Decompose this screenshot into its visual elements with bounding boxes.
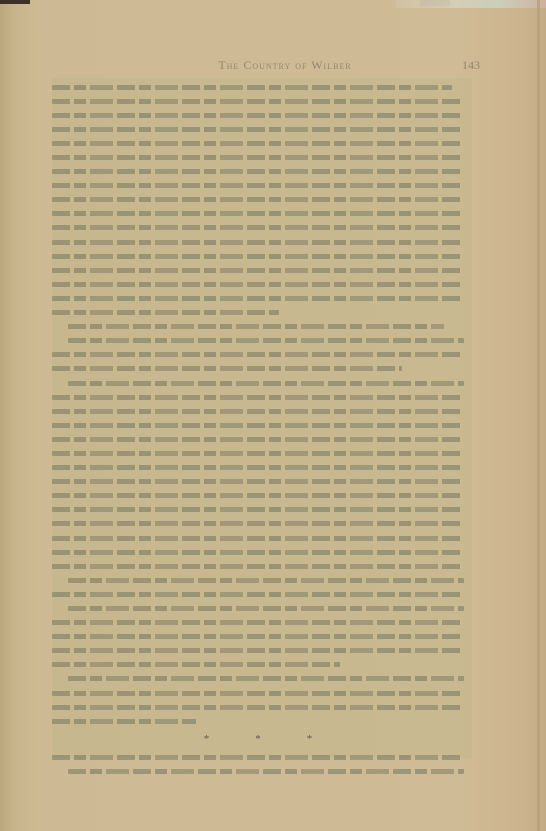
illegible-text	[52, 451, 464, 456]
text-line	[52, 320, 464, 334]
illegible-text	[52, 479, 464, 484]
text-line	[52, 150, 464, 164]
text-line	[52, 764, 464, 778]
illegible-text	[52, 592, 464, 597]
illegible-text	[52, 493, 464, 498]
text-line	[52, 545, 464, 559]
text-line	[52, 630, 464, 644]
text-line	[52, 193, 464, 207]
illegible-text	[68, 676, 464, 681]
scan-top-edge-strip	[396, 0, 546, 8]
illegible-text	[52, 705, 464, 710]
text-line	[52, 390, 464, 404]
text-line	[52, 475, 464, 489]
illegible-text	[52, 254, 464, 259]
text-line	[52, 404, 464, 418]
illegible-text	[52, 99, 464, 104]
text-line	[52, 517, 464, 531]
text-line	[52, 616, 464, 630]
text-line	[52, 658, 464, 672]
illegible-text	[52, 366, 402, 371]
text-line	[52, 263, 464, 277]
text-line	[52, 277, 464, 291]
illegible-text	[52, 719, 196, 724]
illegible-text	[52, 755, 464, 760]
page-header: The Country of Wilber 143	[120, 58, 480, 76]
running-head: The Country of Wilber	[170, 58, 400, 73]
illegible-text	[52, 113, 464, 118]
text-line	[52, 235, 464, 249]
text-line	[52, 362, 464, 376]
illegible-text	[52, 141, 464, 146]
illegible-text	[52, 536, 464, 541]
text-line	[52, 136, 464, 150]
illegible-text	[52, 634, 464, 639]
illegible-text	[68, 606, 464, 611]
text-line	[52, 531, 464, 545]
text-line	[52, 80, 464, 94]
illegible-text	[52, 85, 452, 90]
illegible-text	[52, 225, 464, 230]
text-line	[52, 122, 464, 136]
illegible-text	[52, 465, 464, 470]
text-line	[52, 432, 464, 446]
text-line	[52, 503, 464, 517]
scanned-page: The Country of Wilber 143 ***	[0, 0, 546, 831]
illegible-text	[52, 550, 464, 555]
text-line	[52, 700, 464, 714]
text-line	[52, 94, 464, 108]
illegible-text	[52, 409, 464, 414]
illegible-text	[52, 310, 279, 315]
page-number: 143	[462, 58, 480, 73]
illegible-text	[52, 282, 464, 287]
text-line	[52, 249, 464, 263]
illegible-text	[52, 395, 464, 400]
text-line	[52, 587, 464, 601]
illegible-text	[52, 127, 464, 132]
text-line	[52, 489, 464, 503]
illegible-text	[52, 662, 340, 667]
illegible-text	[68, 381, 464, 386]
text-line	[52, 750, 464, 764]
text-line	[52, 644, 464, 658]
illegible-text	[52, 564, 464, 569]
illegible-text	[52, 352, 464, 357]
illegible-text	[52, 268, 464, 273]
text-line	[52, 179, 464, 193]
asterism-mark: *	[204, 733, 210, 745]
text-line	[52, 446, 464, 460]
illegible-text	[68, 338, 464, 343]
illegible-text	[52, 437, 464, 442]
illegible-text	[52, 620, 464, 625]
text-line	[52, 461, 464, 475]
illegible-text	[52, 169, 464, 174]
text-line	[52, 714, 464, 728]
text-line	[52, 573, 464, 587]
text-line	[52, 559, 464, 573]
asterism-mark: *	[307, 733, 313, 745]
illegible-text	[52, 155, 464, 160]
text-line	[52, 686, 464, 700]
text-line	[52, 348, 464, 362]
text-line	[52, 108, 464, 122]
illegible-text	[52, 296, 464, 301]
text-line	[52, 376, 464, 390]
text-line	[52, 291, 464, 305]
illegible-text	[68, 578, 464, 583]
illegible-text	[52, 507, 464, 512]
illegible-text	[52, 211, 464, 216]
text-line	[52, 165, 464, 179]
illegible-text	[52, 521, 464, 526]
body-text: ***	[52, 80, 464, 779]
section-divider: ***	[52, 728, 464, 750]
illegible-text	[52, 691, 464, 696]
scan-corner-shadow	[0, 0, 30, 4]
text-line	[52, 334, 464, 348]
page-right-edge	[537, 0, 540, 831]
illegible-text	[52, 183, 464, 188]
illegible-text	[68, 324, 444, 329]
text-line	[52, 221, 464, 235]
text-line	[52, 306, 464, 320]
illegible-text	[52, 240, 464, 245]
illegible-text	[52, 197, 464, 202]
text-line	[52, 601, 464, 615]
illegible-text	[52, 423, 464, 428]
text-line	[52, 418, 464, 432]
text-line	[52, 207, 464, 221]
asterism-mark: *	[255, 733, 261, 745]
text-line	[52, 672, 464, 686]
illegible-text	[68, 769, 464, 774]
illegible-text	[52, 648, 464, 653]
